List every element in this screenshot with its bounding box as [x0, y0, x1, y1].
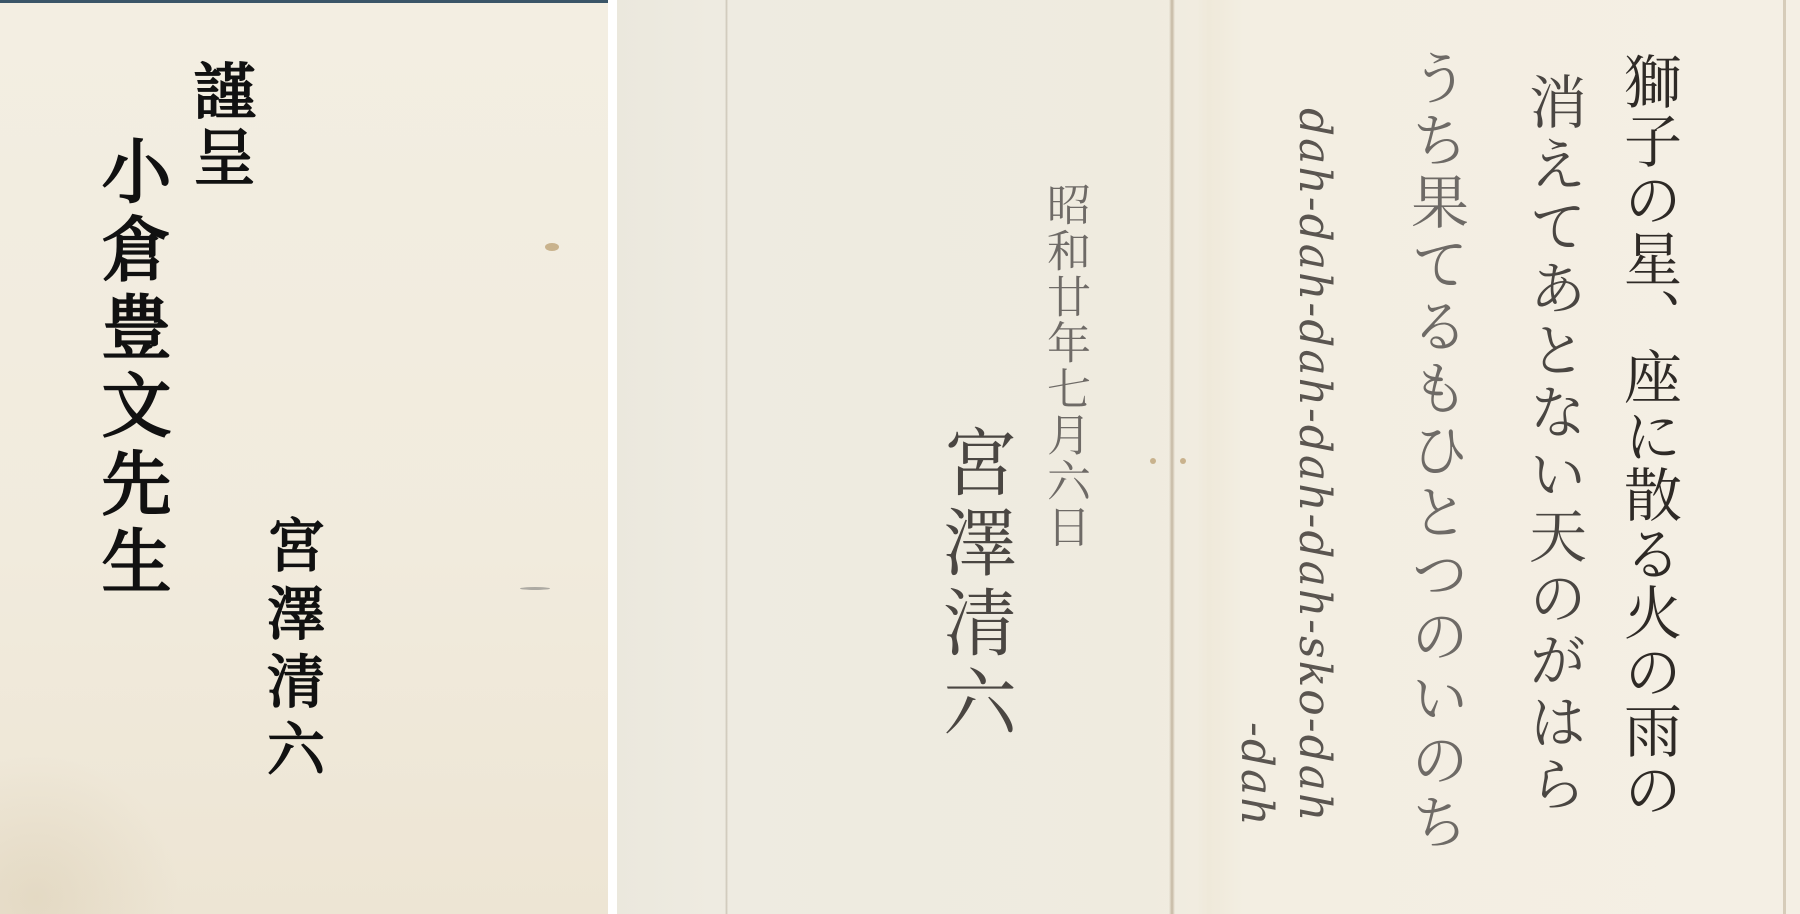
dedication-recipient-text: 小倉豊文先生 [96, 135, 166, 603]
dedication-sender-text: 宮澤清六 [262, 515, 320, 787]
date-text: 昭和廿年七月六日 [1042, 182, 1086, 550]
page-edge [1783, 0, 1786, 914]
poem-line-2: 消えてあとない天のがはら [1524, 72, 1582, 816]
poem-line-3: うち果てるもひとつのいのち [1406, 48, 1464, 854]
paper-stain [520, 587, 550, 590]
romanized-refrain-line-2: -dah [1231, 722, 1282, 828]
paper-stain [545, 243, 559, 251]
book-spine [1169, 0, 1175, 914]
paper-stain [1150, 458, 1156, 464]
dedication-page: 謹呈 小倉豊文先生 宮澤清六 [0, 0, 608, 914]
page-fold-line [725, 0, 728, 914]
manuscript-spread: 昭和廿年七月六日 宮澤清六 獅子の星、座に散る火の雨の 消えてあとない天のがはら… [617, 0, 1800, 914]
signature-text: 宮澤清六 [937, 424, 1011, 744]
paper-stain [1180, 458, 1186, 464]
romanized-refrain-line-1: dah-dah-dah-dah-dah-sko-dah [1289, 108, 1340, 823]
dedication-respect-text: 謹呈 [188, 59, 250, 191]
poem-line-1: 獅子の星、座に散る火の雨の [1619, 52, 1677, 819]
